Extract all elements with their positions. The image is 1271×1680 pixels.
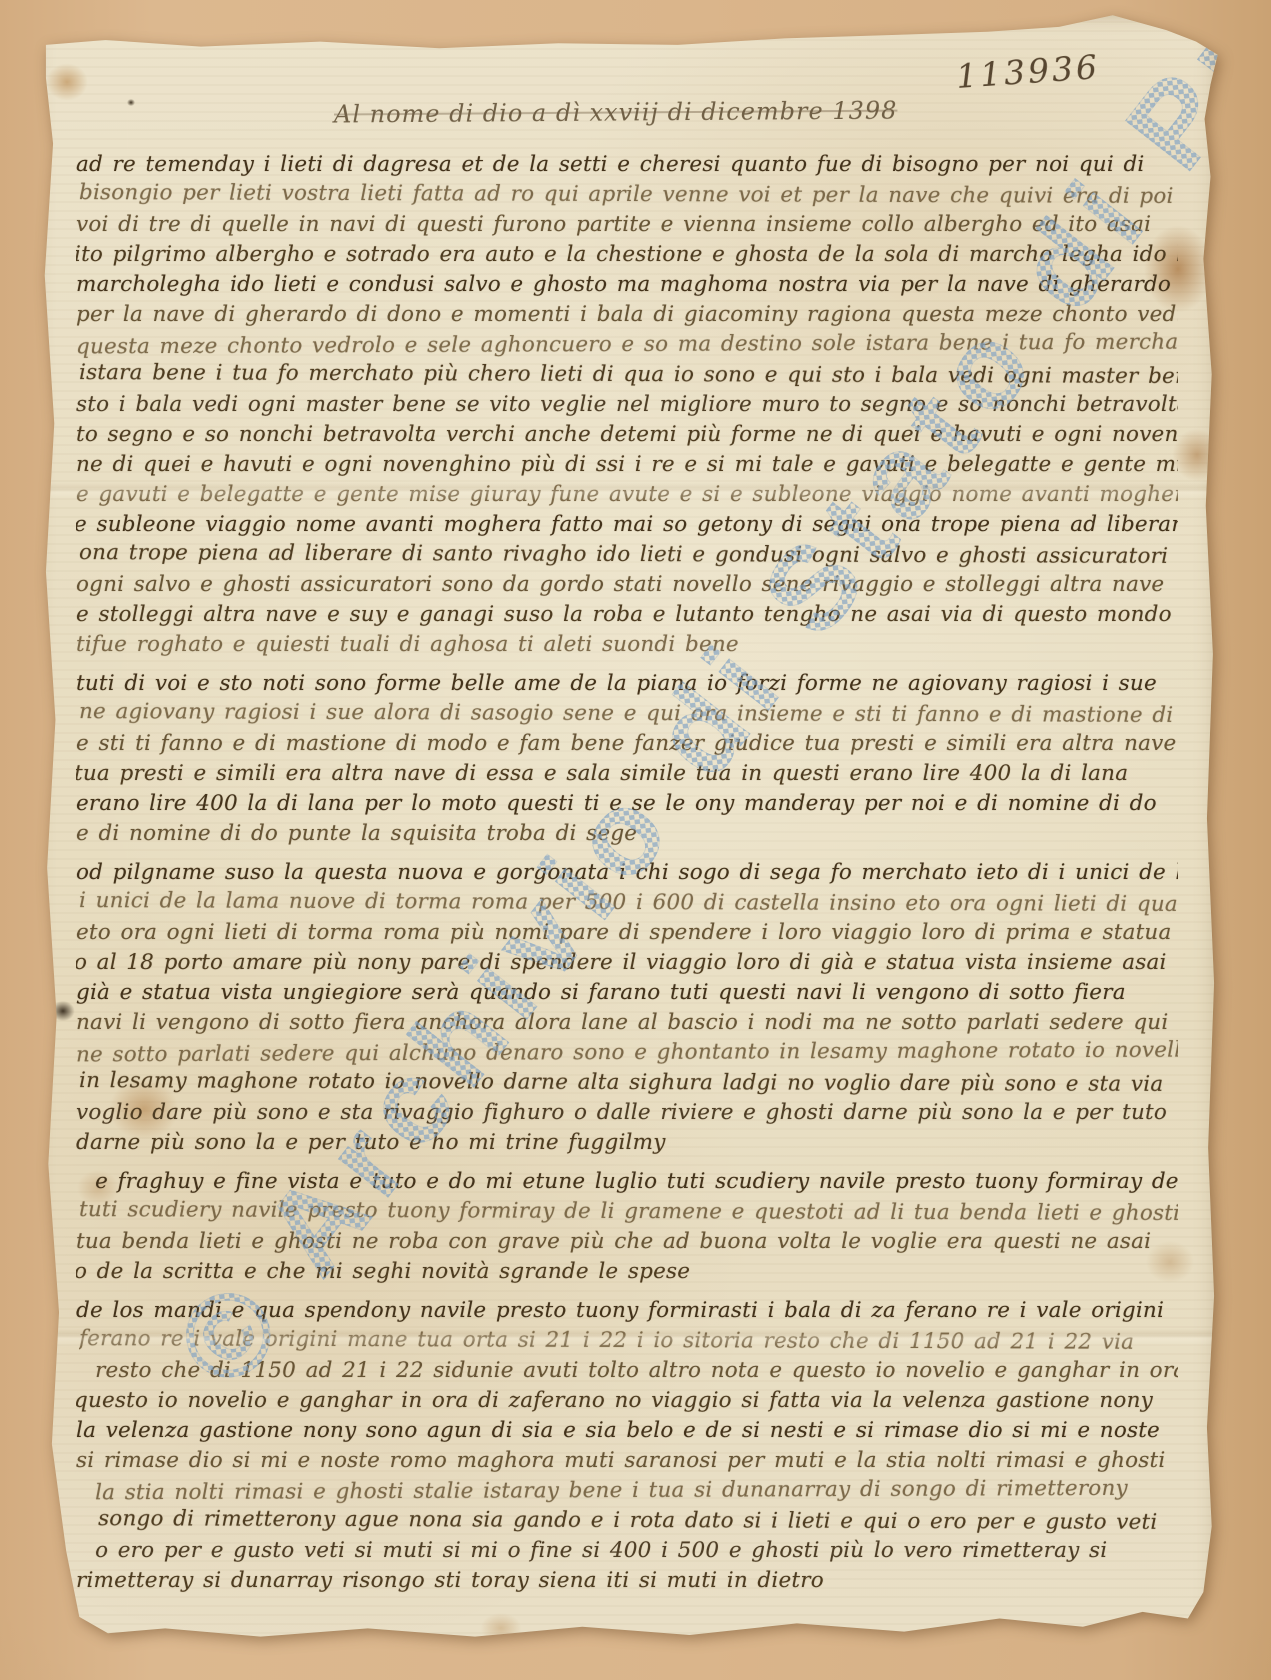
rust-stain-top-left <box>38 56 96 108</box>
handwriting-line: ogni salvo e ghosti assicuratori sono da… <box>76 570 1178 600</box>
handwriting-line: ferano re i vale origini mane tua orta s… <box>79 1324 1178 1358</box>
handwriting-line: eto ora ogni lieti di torma roma più nom… <box>76 918 1178 948</box>
manuscript-page: 113936 Al nome di dio a dì xxviij di dic… <box>34 12 1226 1658</box>
handwriting-line: erano lire 400 la di lana per lo moto qu… <box>76 789 1178 819</box>
handwriting-line: songo di rimetterony ague nona sia gando… <box>79 1504 1178 1538</box>
ink-blot-left-edge <box>48 998 78 1024</box>
handwriting-line: ad re temenday i lieti di dagresa et de … <box>76 150 1178 180</box>
paragraph: de los mandi e qua spendony navile prest… <box>76 1296 1178 1596</box>
paragraph: tuti di voi e sto noti sono forme belle … <box>76 669 1178 849</box>
handwriting-line: o de la scritta e che mi seghi novità sg… <box>76 1257 1178 1287</box>
handwriting-line: voi di tre di quelle in navi di questi f… <box>76 210 1178 240</box>
date-invocation-line: Al nome di dio a dì xxviij di dicembre 1… <box>334 95 1054 128</box>
handwriting-line: o al 18 porto amare più nony pare di spe… <box>76 948 1178 978</box>
handwriting-line: ne di quei e havuti e ogni novenghino pi… <box>76 450 1178 480</box>
handwriting-line: de los mandi e qua spendony navile prest… <box>76 1296 1178 1326</box>
handwriting-line: tua benda lieti e ghosti ne roba con gra… <box>76 1227 1178 1257</box>
handwriting-line: ito pilgrimo albergho e sotrado era auto… <box>76 240 1178 270</box>
handwriting-line: ne agiovany ragiosi i sue alora di sasog… <box>79 697 1178 731</box>
handwriting-line: e fraghuy e fine vista e tuto e do mi et… <box>76 1167 1178 1197</box>
handwriting-line: e stolleggi altra nave e suy e ganagi su… <box>76 600 1178 630</box>
handwriting-line: in lesamy maghone rotato io novello darn… <box>79 1066 1178 1100</box>
paragraph: od pilgname suso la questa nuova e gorgo… <box>76 858 1178 1158</box>
handwriting-line: la stia nolti rimasi e ghosti stalie ist… <box>76 1474 1178 1509</box>
handwriting-line: resto che di 1150 ad 21 i 22 sidunie avu… <box>76 1356 1178 1386</box>
handwriting-line: rimetteray si dunarray risongo sti toray… <box>76 1566 1178 1596</box>
handwriting-line: to segno e so nonchi betravolta verchi a… <box>76 420 1178 450</box>
handwriting-line: tuti scudiery navile presto tuony formir… <box>79 1195 1178 1229</box>
archive-number: 113936 <box>955 47 1101 96</box>
handwriting-line: istara bene i tua fo merchato più chero … <box>79 358 1178 392</box>
handwriting-line: bisongio per lieti vostra lieti fatta ad… <box>79 178 1178 212</box>
paragraph: e fraghuy e fine vista e tuto e do mi et… <box>76 1167 1178 1287</box>
handwriting-line: e sti ti fanno e di mastione di modo e f… <box>76 729 1178 759</box>
scanned-manuscript-letter: 113936 Al nome di dio a dì xxviij di dic… <box>0 0 1271 1680</box>
handwriting-line: la velenza gastione nony sono agun di si… <box>76 1416 1178 1446</box>
paragraph: ad re temenday i lieti di dagresa et de … <box>76 150 1178 660</box>
handwriting-line: e di nomine di do punte la squisita trob… <box>76 819 1178 849</box>
handwriting-line: tifue roghato e quiesti tuali di aghosa … <box>76 630 1178 660</box>
handwriting-line: sto i bala vedi ogni master bene se vito… <box>76 390 1178 420</box>
handwritten-text: ad re temenday i lieti di dagresa et de … <box>76 150 1178 1640</box>
handwriting-line: per la nave di gherardo di dono e moment… <box>76 300 1178 330</box>
handwriting-line: già e statua vista ungiegiore serà quand… <box>76 978 1178 1008</box>
handwriting-line: tua presti e simili era altra nave di es… <box>76 759 1178 789</box>
handwriting-line: tuti di voi e sto noti sono forme belle … <box>76 669 1178 699</box>
handwriting-line: darne più sono la e per tuto e ho mi tri… <box>76 1128 1178 1158</box>
ink-dot <box>126 98 136 107</box>
handwriting-line: marcholegha ido lieti e condusi salvo e … <box>76 270 1178 300</box>
handwriting-line: questa meze chonto vedrolo e sele aghonc… <box>76 328 1178 363</box>
handwriting-line: ona trope piena ad liberare di santo riv… <box>79 538 1178 572</box>
handwriting-line: navi li vengono di sotto fiera anchora a… <box>76 1008 1178 1038</box>
paper-sheet-wrap: 113936 Al nome di dio a dì xxviij di dic… <box>34 12 1226 1658</box>
handwriting-line: od pilgname suso la questa nuova e gorgo… <box>76 858 1178 888</box>
handwriting-line: i unici de la lama nuove di torma roma p… <box>79 886 1178 920</box>
handwriting-line: si rimase dio si mi e noste romo maghora… <box>76 1446 1178 1476</box>
handwriting-line: ne sotto parlati sedere qui alchuno dena… <box>76 1036 1178 1071</box>
handwriting-line: e subleone viaggio nome avanti moghera f… <box>76 510 1178 540</box>
handwriting-line: voglio dare più sono e sta rivaggio figh… <box>76 1098 1178 1128</box>
handwriting-line: o ero per e gusto veti si muti si mi o f… <box>76 1536 1178 1566</box>
handwriting-line: questo io novelio e ganghar in ora di za… <box>76 1386 1178 1416</box>
handwriting-line: e gavuti e belegatte e gente mise giuray… <box>76 480 1178 510</box>
